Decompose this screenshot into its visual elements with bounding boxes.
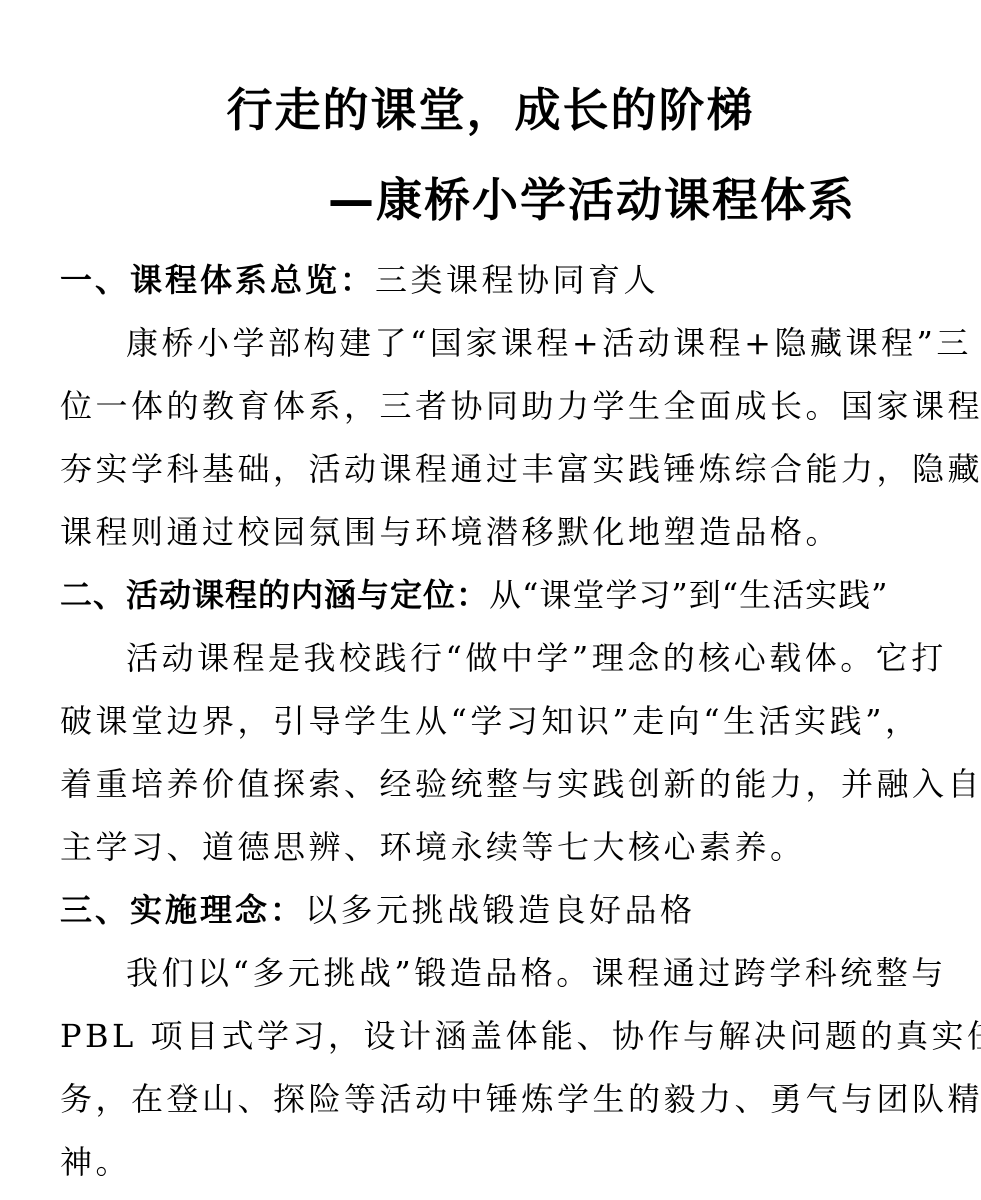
section-heading-label: 一、课程体系总览： (60, 261, 375, 299)
paragraph-line: PBL 项目式学习，设计涵盖体能、协作与解决问题的真实任 (60, 1014, 940, 1058)
document-page: 行走的课堂，成长的阶梯 —康桥小学活动课程体系 一、课程体系总览：三类课程协同育… (0, 0, 981, 1200)
paragraph-line: 神。 (60, 1140, 940, 1184)
section-heading-text: 三类课程协同育人 (375, 261, 659, 299)
document-title: 行走的课堂，成长的阶梯 (0, 82, 981, 138)
paragraph-line: 务，在登山、探险等活动中锤炼学生的毅力、勇气与团队精 (60, 1077, 940, 1121)
section-heading-text: 从“课堂学习”到“生活实践” (489, 576, 888, 614)
section-heading-label: 三、实施理念： (60, 891, 305, 929)
section-heading: 三、实施理念：以多元挑战锻造良好品格 (60, 888, 940, 932)
paragraph-line: 着重培养价值探索、经验统整与实践创新的能力，并融入自 (60, 762, 940, 806)
section-heading: 二、活动课程的内涵与定位：从“课堂学习”到“生活实践” (60, 573, 940, 617)
paragraph-line: 康桥小学部构建了“国家课程+活动课程+隐藏课程”三 (126, 321, 981, 365)
paragraph-line: 破课堂边界，引导学生从“学习知识”走向“生活实践”， (60, 699, 940, 743)
section-heading-text: 以多元挑战锻造良好品格 (305, 891, 696, 929)
paragraph-line: 位一体的教育体系，三者协同助力学生全面成长。国家课程 (60, 384, 940, 428)
section-heading-label: 二、活动课程的内涵与定位： (60, 576, 489, 614)
paragraph-line: 活动课程是我校践行“做中学”理念的核心载体。它打 (126, 636, 981, 680)
paragraph-line: 课程则通过校园氛围与环境潜移默化地塑造品格。 (60, 510, 940, 554)
paragraph-line: 我们以“多元挑战”锻造品格。课程通过跨学科统整与 (126, 951, 981, 995)
document-subtitle: —康桥小学活动课程体系 (328, 172, 856, 228)
paragraph-line: 主学习、道德思辨、环境永续等七大核心素养。 (60, 825, 940, 869)
paragraph-line: 夯实学科基础，活动课程通过丰富实践锤炼综合能力，隐藏 (60, 447, 940, 491)
section-heading: 一、课程体系总览：三类课程协同育人 (60, 258, 940, 302)
